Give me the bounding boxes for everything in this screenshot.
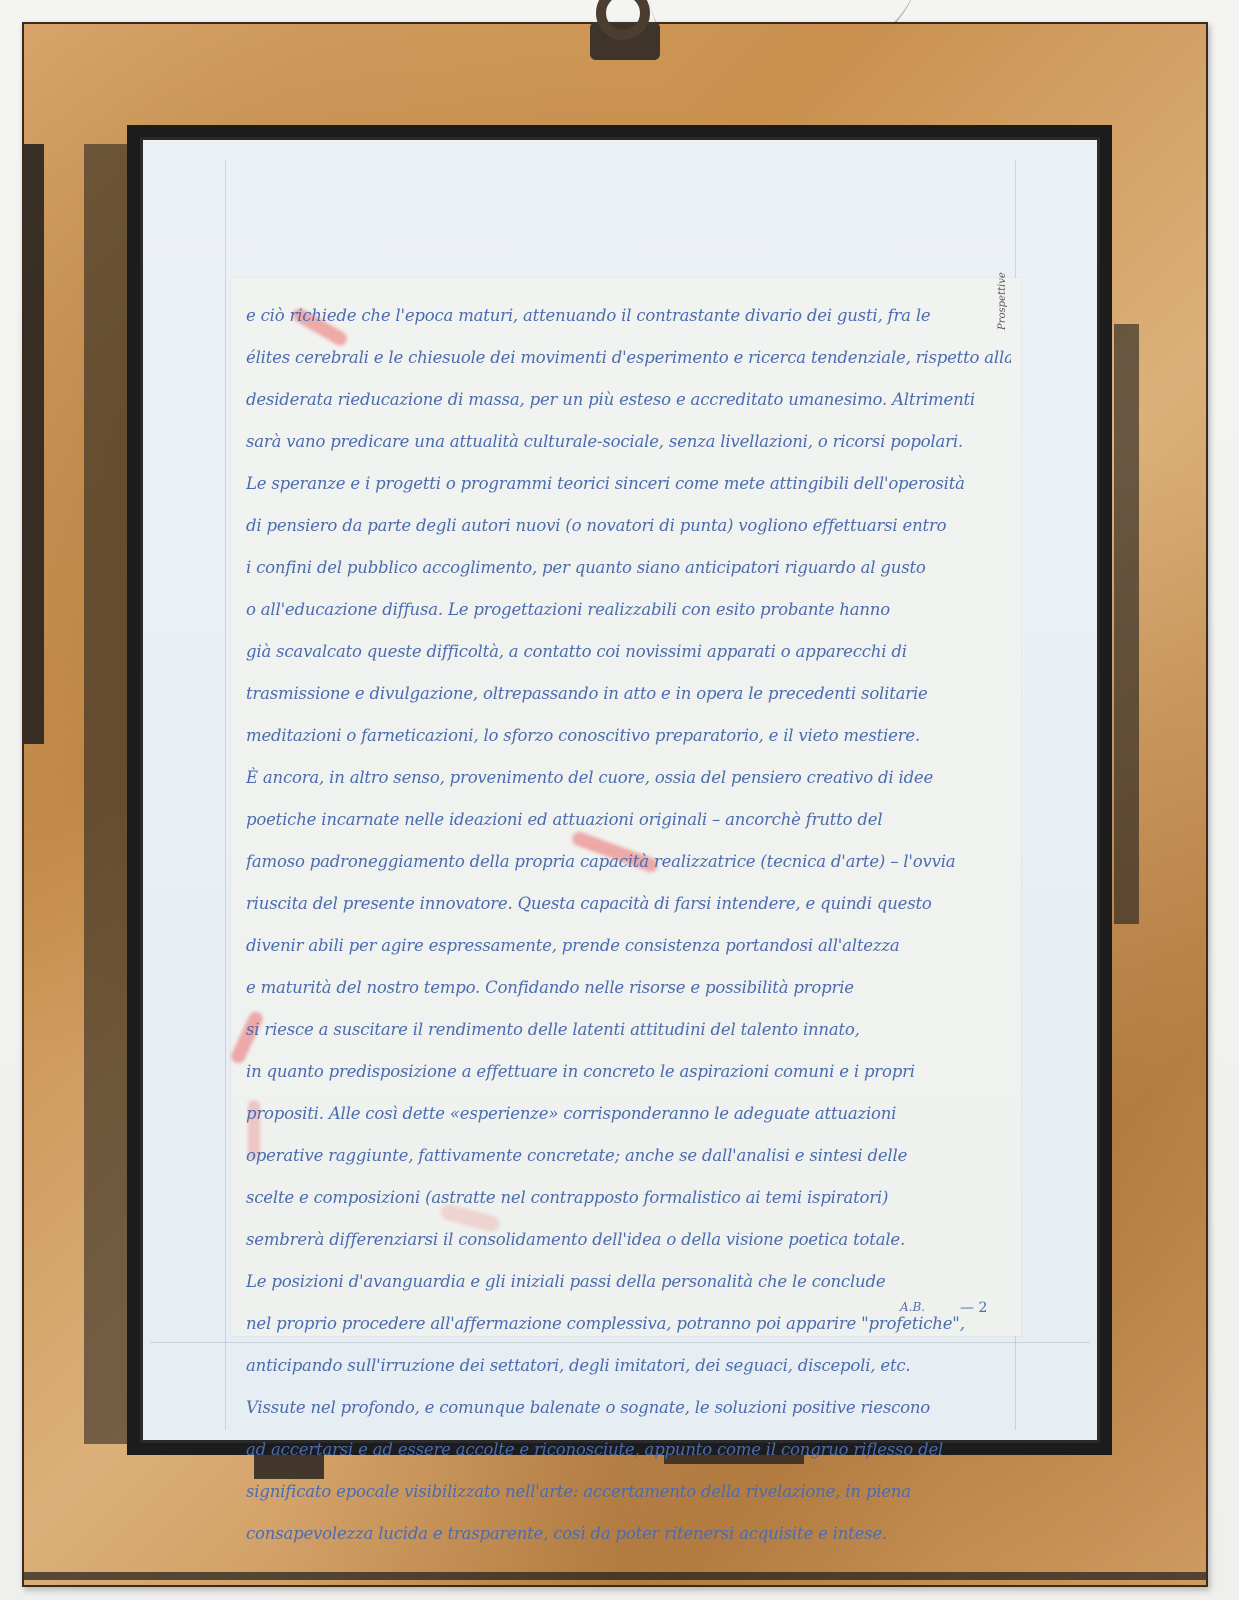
text-line: meditazioni o farneticazioni, lo sforzo … <box>246 715 1011 757</box>
text-line: riuscita del presente innovatore. Questa… <box>246 883 1011 925</box>
text-line: Le posizioni d'avanguardia e gli inizial… <box>246 1261 1011 1303</box>
text-line: desiderata rieducazione di massa, per un… <box>246 379 1011 421</box>
text-line: sarà vano predicare una attualità cultur… <box>246 421 1011 463</box>
text-line: in quanto predisposizione a effettuare i… <box>246 1051 1011 1093</box>
text-line: sembrerà differenziarsi il consolidament… <box>246 1219 1011 1261</box>
handwritten-text: e ciò richiede che l'epoca maturi, atten… <box>246 295 1011 1555</box>
author-initials: A.B. <box>900 1300 925 1314</box>
text-line: e maturità del nostro tempo. Confidando … <box>246 967 1011 1009</box>
text-line: nel proprio procedere all'affermazione c… <box>246 1303 1011 1345</box>
text-line: già scavalcato queste difficoltà, a cont… <box>246 631 1011 673</box>
paint-chip <box>24 1572 1206 1580</box>
text-line: poetiche incarnate nelle ideazioni ed at… <box>246 799 1011 841</box>
text-line: o all'educazione diffusa. Le progettazio… <box>246 589 1011 631</box>
text-line: Le speranze e i progetti o programmi teo… <box>246 463 1011 505</box>
text-line: ad accertarsi e ad essere accolte e rico… <box>246 1429 1011 1471</box>
text-line: anticipando sull'irruzione dei settatori… <box>246 1345 1011 1387</box>
paint-chip <box>84 144 129 1444</box>
text-line: propositi. Alle così dette «esperienze» … <box>246 1093 1011 1135</box>
text-line: scelte e composizioni (astratte nel cont… <box>246 1177 1011 1219</box>
text-line: i confini del pubblico accoglimento, per… <box>246 547 1011 589</box>
text-line: élites cerebrali e le chiesuole dei movi… <box>246 337 1011 379</box>
text-line: È ancora, in altro senso, provenimento d… <box>246 757 1011 799</box>
text-line: divenir abili per agire espressamente, p… <box>246 925 1011 967</box>
text-line: e ciò richiede che l'epoca maturi, atten… <box>246 295 1011 337</box>
paint-chip <box>24 144 44 744</box>
text-line: trasmissione e divulgazione, oltrepassan… <box>246 673 1011 715</box>
text-line: operative raggiunte, fattivamente concre… <box>246 1135 1011 1177</box>
text-line: Vissute nel profondo, e comunque balenat… <box>246 1387 1011 1429</box>
text-line: famoso padroneggiamento della propria ca… <box>246 841 1011 883</box>
mount-guide-line <box>225 160 226 1430</box>
text-line: significato epocale visibilizzato nell'a… <box>246 1471 1011 1513</box>
paint-chip <box>1114 324 1139 924</box>
text-line: di pensiero da parte degli autori nuovi … <box>246 505 1011 547</box>
text-line: consapevolezza lucida e trasparente, cos… <box>246 1513 1011 1555</box>
text-line: si riesce a suscitare il rendimento dell… <box>246 1009 1011 1051</box>
page-number: — 2 <box>960 1300 987 1316</box>
